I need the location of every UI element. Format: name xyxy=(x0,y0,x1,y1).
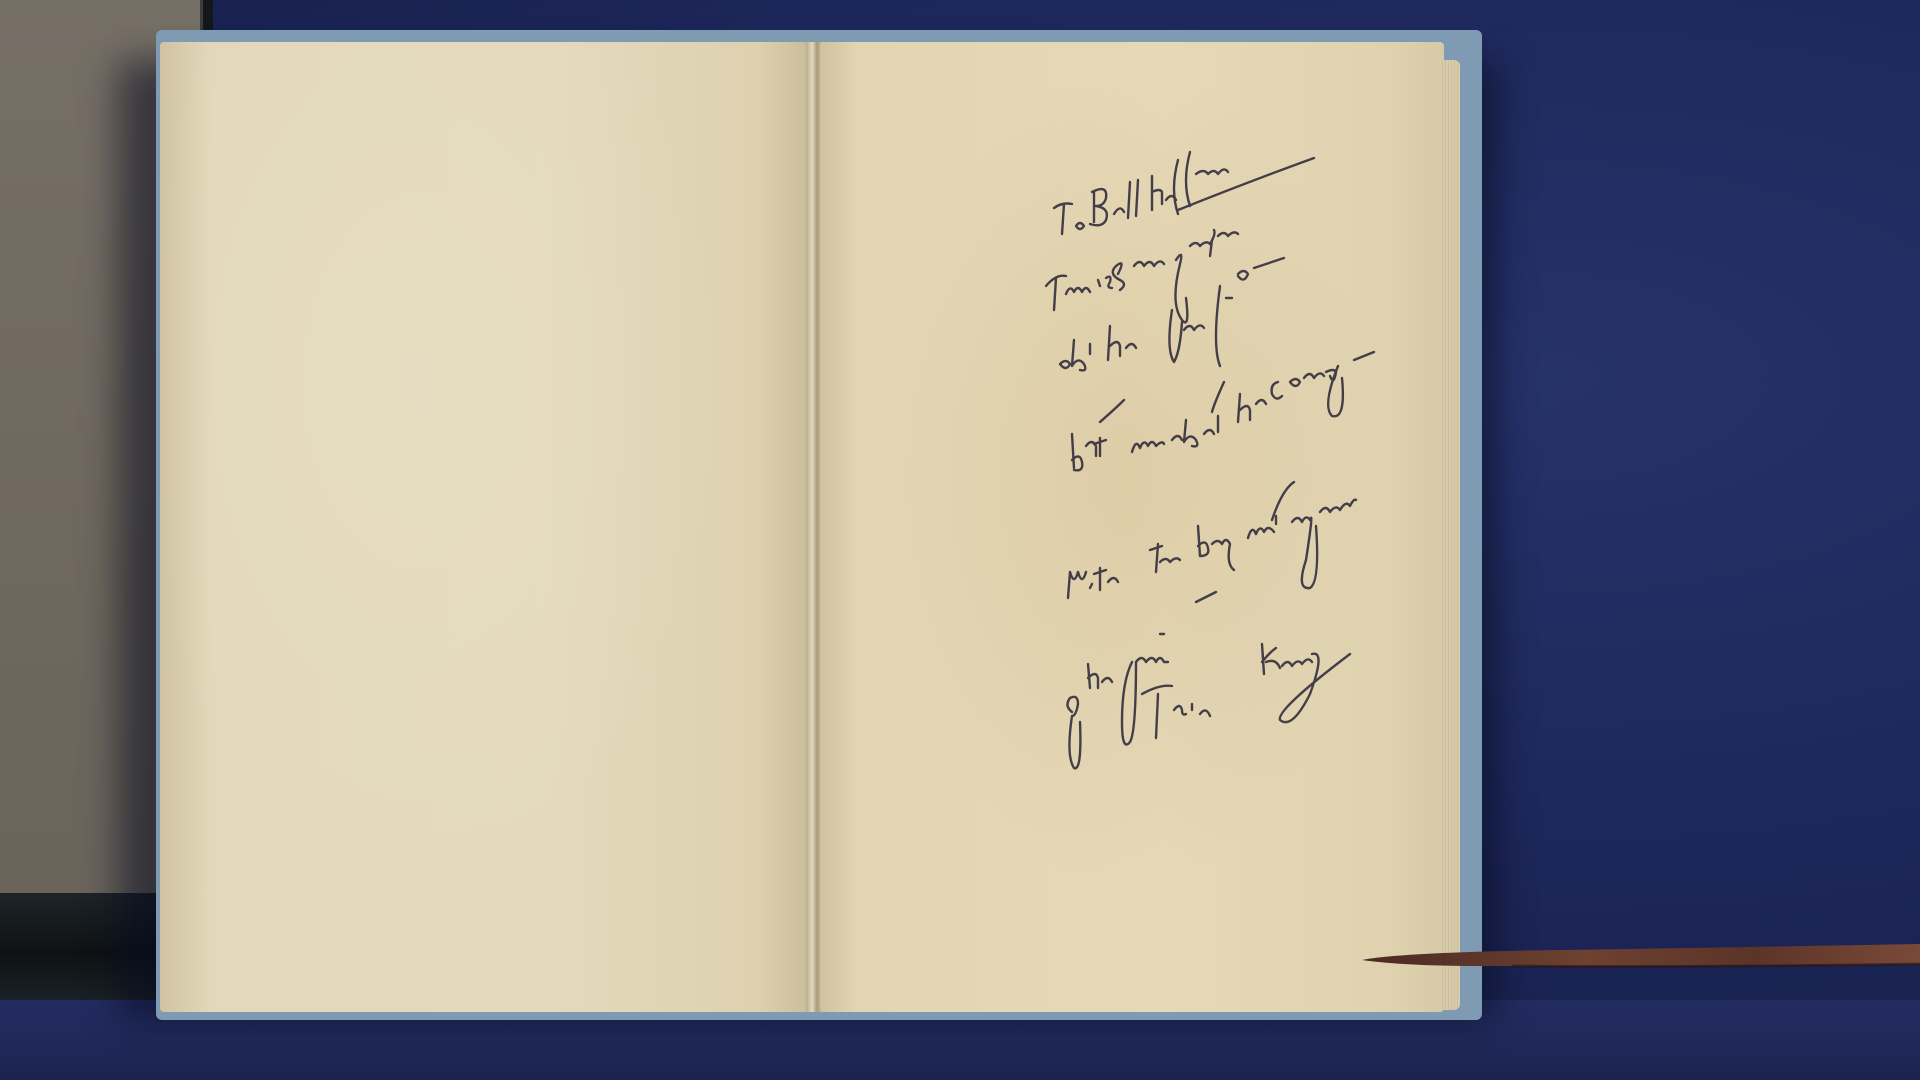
handwritten-inscription: To Bill Heffernan There is some question… xyxy=(820,42,1444,1012)
left-page: blank xyxy=(160,42,808,1012)
page-edges xyxy=(1440,60,1460,1010)
letter-opener xyxy=(1362,942,1920,972)
right-page: To Bill Heffernan There is some question… xyxy=(820,42,1444,1012)
inscription-ink-strokes xyxy=(820,42,1444,1012)
letter-opener-shape xyxy=(1362,942,1920,972)
photo-scene: blank To Bill Heffernan There is some qu… xyxy=(0,0,1920,1080)
open-book: blank To Bill Heffernan There is some qu… xyxy=(156,30,1482,1020)
